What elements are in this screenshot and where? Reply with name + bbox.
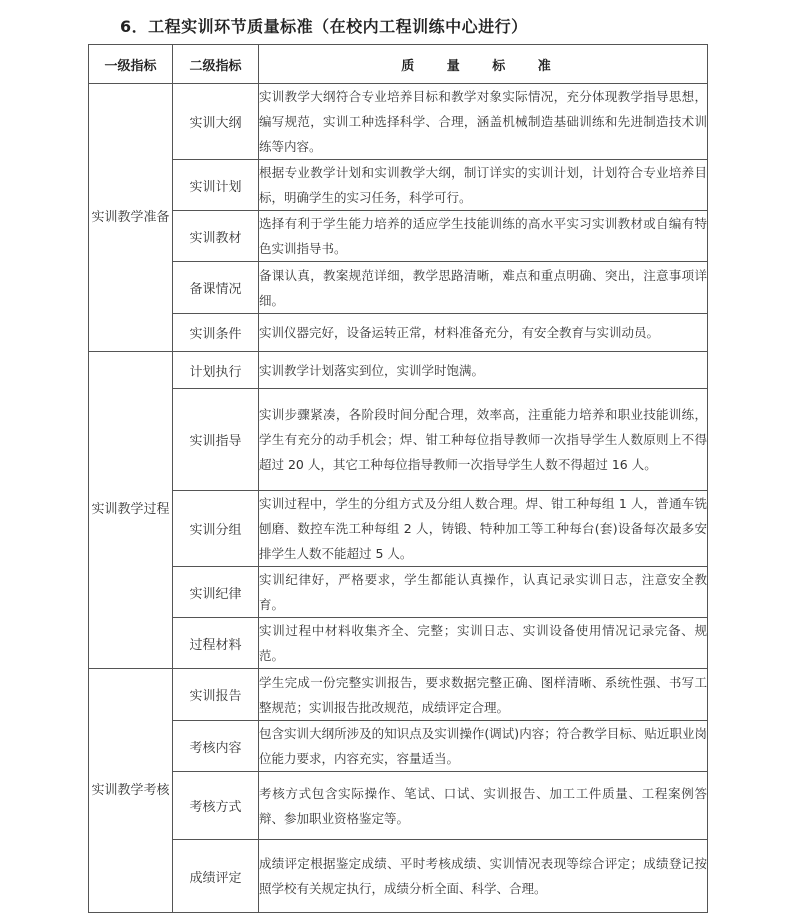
table-row: 实训分组 实训过程中，学生的分组方式及分组人数合理。焊、钳工种每组 1 人，普通… — [89, 491, 708, 567]
standard-cell: 备课认真，教案规范详细，教学思路清晰，难点和重点明确、突出，注意事项详细。 — [259, 262, 708, 314]
table-row: 过程材料 实训过程中材料收集齐全、完整；实训日志、实训设备使用情况记录完备、规范… — [89, 618, 708, 669]
table-header-row: 一级指标 二级指标 质 量 标 准 — [89, 45, 708, 84]
level2-cell: 实训纪律 — [173, 567, 259, 618]
table-row: 实训教学过程 计划执行 实训教学计划落实到位，实训学时饱满。 — [89, 352, 708, 389]
level2-cell: 实训指导 — [173, 389, 259, 491]
header-level1: 一级指标 — [89, 45, 173, 84]
level2-cell: 考核方式 — [173, 772, 259, 840]
standard-cell: 实训教学大纲符合专业培养目标和教学对象实际情况，充分体现教学指导思想，编写规范，… — [259, 84, 708, 160]
table-row: 考核内容 包含实训大纲所涉及的知识点及实训操作(调试)内容；符合教学目标、贴近职… — [89, 721, 708, 772]
standard-cell: 考核方式包含实际操作、笔试、口试、实训报告、加工工件质量、工程案例答辩、参加职业… — [259, 772, 708, 840]
table-row: 实训计划 根据专业教学计划和实训教学大纲，制订详实的实训计划，计划符合专业培养目… — [89, 160, 708, 211]
header-standard: 质 量 标 准 — [259, 45, 708, 84]
table-row: 实训纪律 实训纪律好，严格要求，学生都能认真操作，认真记录实训日志，注意安全教育… — [89, 567, 708, 618]
standard-cell: 实训仪器完好，设备运转正常，材料准备充分，有安全教育与实训动员。 — [259, 314, 708, 352]
standard-cell: 学生完成一份完整实训报告，要求数据完整正确、图样清晰、系统性强、书写工整规范；实… — [259, 669, 708, 721]
level1-cell-assessment: 实训教学考核 — [89, 669, 173, 913]
level2-cell: 实训分组 — [173, 491, 259, 567]
level2-cell: 实训大纲 — [173, 84, 259, 160]
level2-cell: 实训条件 — [173, 314, 259, 352]
level2-cell: 过程材料 — [173, 618, 259, 669]
standard-cell: 实训过程中，学生的分组方式及分组人数合理。焊、钳工种每组 1 人，普通车铣刨磨、… — [259, 491, 708, 567]
level2-cell: 实训计划 — [173, 160, 259, 211]
section-title: 6．工程实训环节质量标准（在校内工程训练中心进行） — [120, 14, 528, 37]
table-row: 实训条件 实训仪器完好，设备运转正常，材料准备充分，有安全教育与实训动员。 — [89, 314, 708, 352]
level2-cell: 备课情况 — [173, 262, 259, 314]
table-row: 实训教学考核 实训报告 学生完成一份完整实训报告，要求数据完整正确、图样清晰、系… — [89, 669, 708, 721]
table-row: 实训教学准备 实训大纲 实训教学大纲符合专业培养目标和教学对象实际情况，充分体现… — [89, 84, 708, 160]
table-row: 备课情况 备课认真，教案规范详细，教学思路清晰，难点和重点明确、突出，注意事项详… — [89, 262, 708, 314]
level2-cell: 计划执行 — [173, 352, 259, 389]
table-row: 实训教材 选择有利于学生能力培养的适应学生技能训练的高水平实习实训教材或自编有特… — [89, 211, 708, 262]
table-row: 考核方式 考核方式包含实际操作、笔试、口试、实训报告、加工工件质量、工程案例答辩… — [89, 772, 708, 840]
header-level2: 二级指标 — [173, 45, 259, 84]
standard-cell: 实训步骤紧凑，各阶段时间分配合理，效率高，注重能力培养和职业技能训练，学生有充分… — [259, 389, 708, 491]
standard-cell: 成绩评定根据鉴定成绩、平时考核成绩、实训情况表现等综合评定；成绩登记按照学校有关… — [259, 840, 708, 913]
standard-cell: 实训教学计划落实到位，实训学时饱满。 — [259, 352, 708, 389]
standard-cell: 实训纪律好，严格要求，学生都能认真操作，认真记录实训日志，注意安全教育。 — [259, 567, 708, 618]
table-row: 成绩评定 成绩评定根据鉴定成绩、平时考核成绩、实训情况表现等综合评定；成绩登记按… — [89, 840, 708, 913]
level2-cell: 实训报告 — [173, 669, 259, 721]
header-standard-label: 质 量 标 准 — [401, 59, 565, 74]
level2-cell: 考核内容 — [173, 721, 259, 772]
standard-cell: 选择有利于学生能力培养的适应学生技能训练的高水平实习实训教材或自编有特色实训指导… — [259, 211, 708, 262]
standard-cell: 实训过程中材料收集齐全、完整；实训日志、实训设备使用情况记录完备、规范。 — [259, 618, 708, 669]
level2-cell: 成绩评定 — [173, 840, 259, 913]
standard-cell: 包含实训大纲所涉及的知识点及实训操作(调试)内容；符合教学目标、贴近职业岗位能力… — [259, 721, 708, 772]
level1-cell-process: 实训教学过程 — [89, 352, 173, 669]
table-row: 实训指导 实训步骤紧凑，各阶段时间分配合理，效率高，注重能力培养和职业技能训练，… — [89, 389, 708, 491]
quality-standard-table: 一级指标 二级指标 质 量 标 准 实训教学准备 实训大纲 实训教学大纲符合专业… — [88, 44, 708, 913]
level1-cell-preparation: 实训教学准备 — [89, 84, 173, 352]
level2-cell: 实训教材 — [173, 211, 259, 262]
standard-cell: 根据专业教学计划和实训教学大纲，制订详实的实训计划，计划符合专业培养目标，明确学… — [259, 160, 708, 211]
